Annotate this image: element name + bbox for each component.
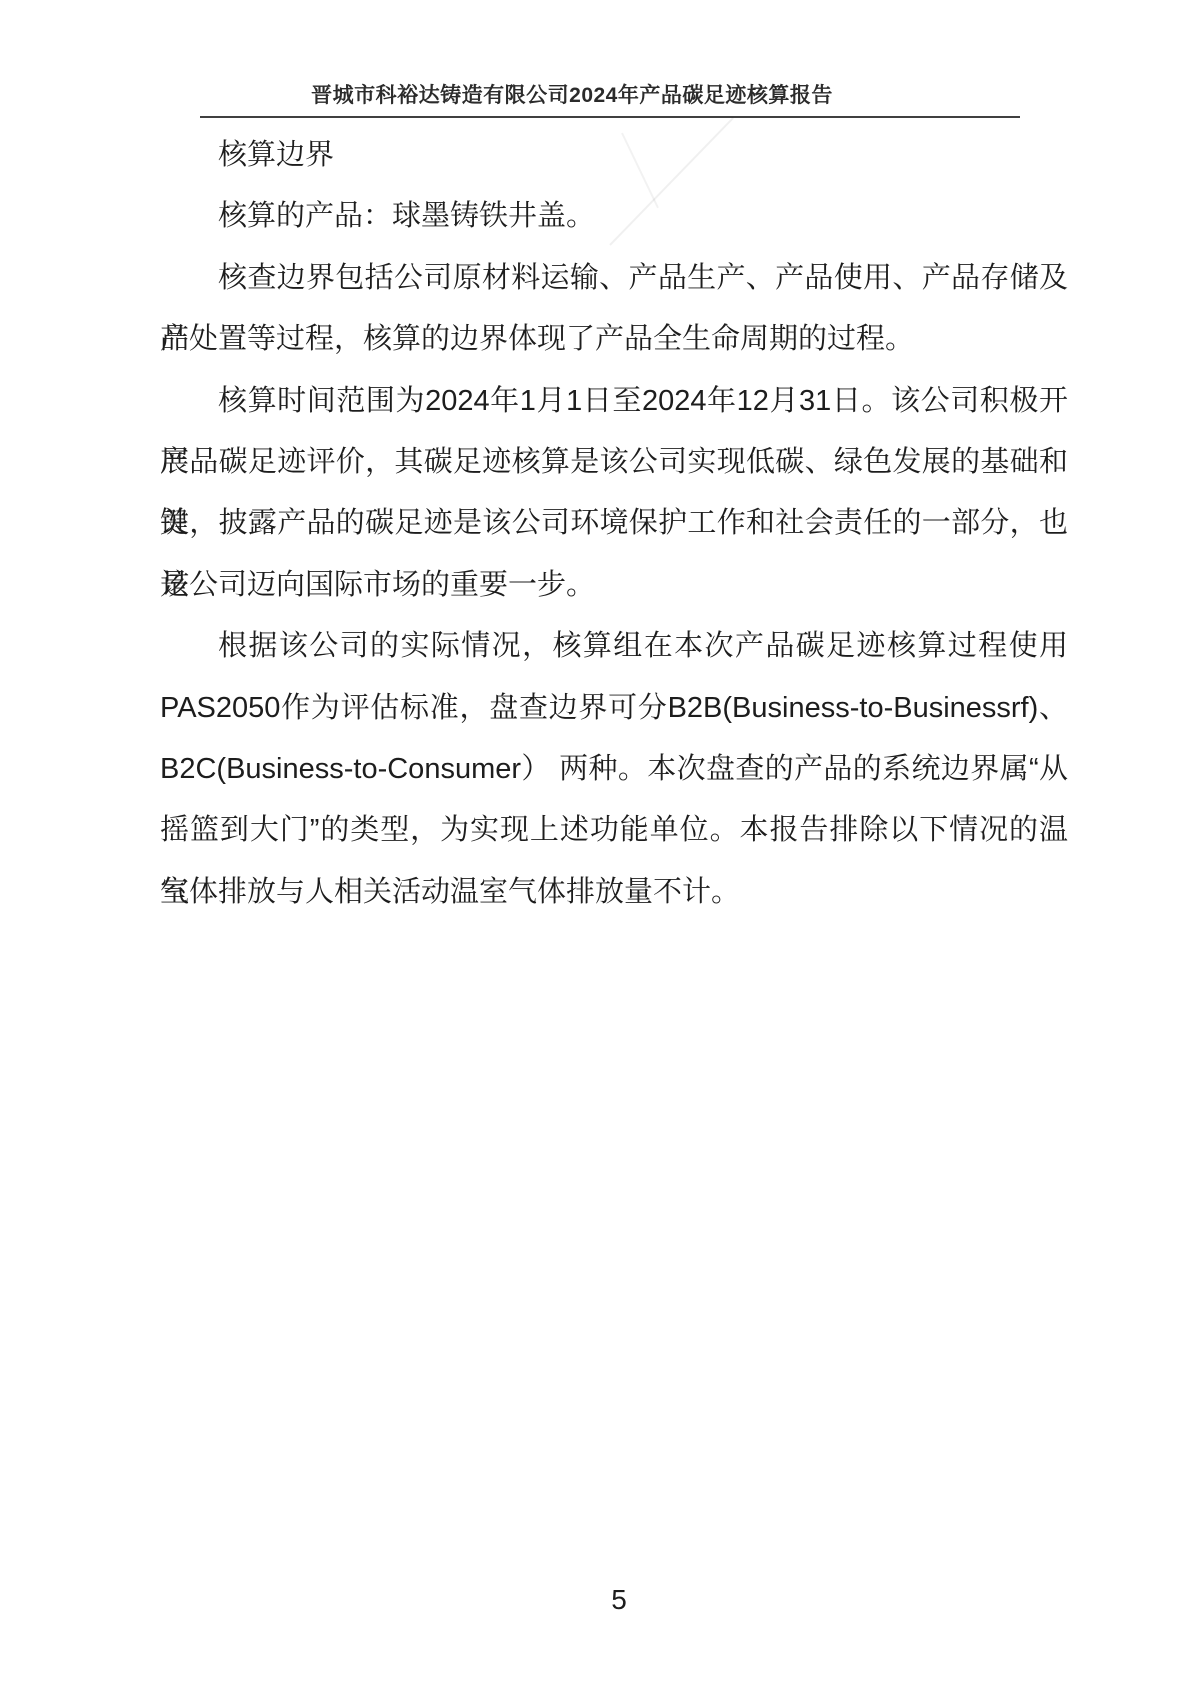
text-line: PAS2050作为评估标准，盘查边界可分B2B(Business-to-Busi… <box>160 678 1068 739</box>
text-line: 核算的产品：球墨铸铁井盖。 <box>160 186 1068 247</box>
text-line: 产品碳足迹评价，其碳足迹核算是该公司实现低碳、绿色发展的基础和关 <box>160 432 1068 493</box>
text-line: 键，披露产品的碳足迹是该公司环境保护工作和社会责任的一部分，也是 <box>160 493 1068 554</box>
text-line: 根据该公司的实际情况，核算组在本次产品碳足迹核算过程使用 <box>160 616 1068 677</box>
section-heading: 核算边界 <box>160 125 1068 186</box>
text-line: 气体排放与人相关活动温室气体排放量不计。 <box>160 862 1068 923</box>
text-line: 核算时间范围为2024年1月1日至2024年12月31日。该公司积极开展 <box>160 371 1068 432</box>
header-rule <box>200 116 1020 118</box>
text-line: 品处置等过程，核算的边界体现了产品全生命周期的过程。 <box>160 309 1068 370</box>
text-line: 该公司迈向国际市场的重要一步。 <box>160 555 1068 616</box>
text-line: 核查边界包括公司原材料运输、产品生产、产品使用、产品存储及产 <box>160 248 1068 309</box>
document-page: 晋城市科裕达铸造有限公司2024年产品碳足迹核算报告 核算边界 核算的产品：球墨… <box>0 0 1190 1683</box>
page-number: 5 <box>24 1585 1190 1615</box>
text-line: B2C(Business-to-Consumer） 两种。本次盘查的产品的系统边… <box>160 739 1068 800</box>
text-line: 摇篮到大门”的类型，为实现上述功能单位。本报告排除以下情况的温室 <box>160 800 1068 861</box>
document-body: 核算边界 核算的产品：球墨铸铁井盖。 核查边界包括公司原材料运输、产品生产、产品… <box>160 125 1068 923</box>
header-title: 晋城市科裕达铸造有限公司2024年产品碳足迹核算报告 <box>0 82 1144 110</box>
